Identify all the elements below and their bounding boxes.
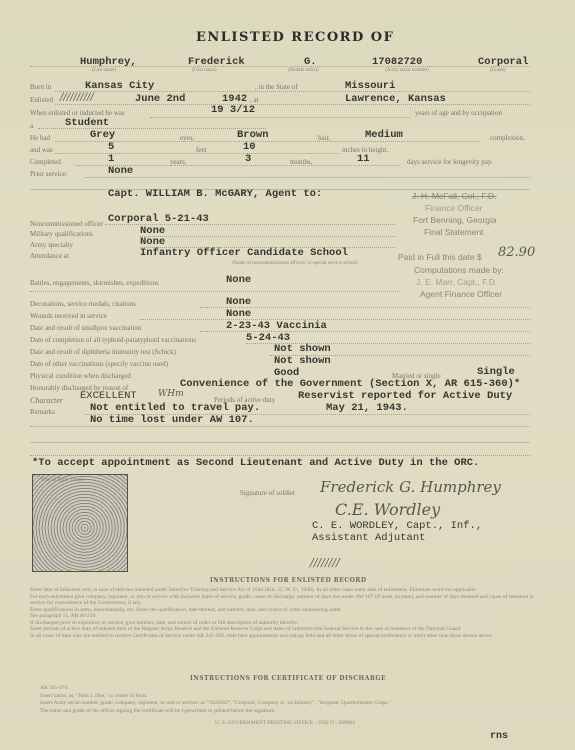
finance-stamp-paid-amount: 82.90 bbox=[498, 245, 535, 260]
finance-stamp-location: Fort Benning, Georgia bbox=[413, 215, 497, 225]
nco-label: Noncommissioned officer bbox=[30, 220, 103, 228]
age-label: When enlisted or inducted he was bbox=[30, 109, 125, 117]
attendance-caption: (Name of noncommissioned officers' or sp… bbox=[232, 261, 358, 266]
document-title: ENLISTED RECORD OF bbox=[196, 30, 394, 45]
diphtheria-label: Date and result of diphtheria immunity t… bbox=[30, 348, 176, 356]
character-initials: WHm bbox=[158, 389, 184, 399]
document-page: ENLISTED RECORD OF Humphrey, Frederick G… bbox=[0, 0, 575, 750]
initials-mark: rns bbox=[490, 731, 508, 742]
physical-condition-label: Physical condition when discharged bbox=[30, 372, 131, 380]
longevity-days: 11 bbox=[357, 153, 370, 165]
age-suffix: years of age and by occupation bbox=[415, 109, 502, 117]
officer-signature: C.E. Wordley bbox=[335, 500, 440, 519]
battles-value: None bbox=[226, 274, 251, 286]
certificate-instruction-item: Insert Army serial number, grade, compan… bbox=[40, 700, 540, 708]
certificate-instructions-heading: INSTRUCTIONS FOR CERTIFICATE OF DISCHARG… bbox=[190, 675, 386, 682]
certificate-instruction-item: Insert name; as, "John J. Doe," in cente… bbox=[40, 693, 540, 701]
finance-stamp-agent-title: Agent Finance Officer bbox=[420, 289, 502, 299]
finance-stamp-paid-label: Paid in Full this date $ bbox=[398, 252, 482, 262]
caption-serial: (Army serial number) bbox=[385, 68, 429, 73]
battles-label: Battles, engagements, skirmishes, expedi… bbox=[30, 279, 159, 287]
attendance-label: Attendance at bbox=[30, 252, 69, 260]
soldier-signature: Frederick G. Humphrey bbox=[320, 478, 501, 496]
instruction-item: Enter date of induction only in case of … bbox=[30, 587, 540, 594]
finance-stamp-final-statement: Final Statement bbox=[424, 227, 484, 237]
completed-label: Completed bbox=[30, 158, 61, 166]
officer-title: Assistant Adjutant bbox=[312, 532, 425, 544]
caption-last-name: (Last name) bbox=[92, 68, 116, 73]
discharge-reason-value: Convenience of the Government (Section X… bbox=[180, 378, 520, 390]
instruction-item: For each enlistment give company, regime… bbox=[30, 594, 540, 607]
enlisted-label: Enlisted bbox=[30, 96, 53, 104]
finance-stamp-computations: Computations made by: bbox=[414, 265, 504, 275]
active-duty-value: Reservist reported for Active Duty bbox=[298, 390, 512, 402]
born-label: Born in bbox=[30, 83, 51, 91]
thumbprint-caption: Print of Right Thumb bbox=[41, 478, 84, 483]
finance-stamp-title: Finance Officer bbox=[425, 203, 482, 213]
height-feet: 5 bbox=[108, 141, 114, 153]
other-vaccinations-label: Date of other vaccinations (specify vacc… bbox=[30, 360, 168, 368]
occupation-prefix: a bbox=[30, 122, 33, 130]
agent-line: Capt. WILLIAM B. McGARY, Agent to: bbox=[108, 188, 322, 200]
signature-struck-text: //////// bbox=[310, 556, 340, 569]
instructions-heading: INSTRUCTIONS FOR ENLISTED RECORD bbox=[210, 577, 367, 584]
married-value: Single bbox=[477, 366, 515, 378]
military-qualifications-label: Military qualifications bbox=[30, 230, 93, 238]
attendance-value: Infantry Officer Candidate School bbox=[140, 247, 348, 259]
remarks-line-1: Not entitled to travel pay. bbox=[90, 402, 260, 414]
remarks-label: Remarks bbox=[30, 408, 55, 416]
longevity-years: 1 bbox=[108, 153, 114, 165]
days-label: days service for longevity pay. bbox=[407, 158, 493, 166]
certificate-instruction-item: The name and grade of the officer signin… bbox=[40, 708, 540, 716]
finance-stamp-officer: J. H. McFall, Col., F.D. bbox=[412, 191, 497, 201]
enlisted-struck-text: ////////// bbox=[60, 92, 94, 103]
wounds-label: Wounds received in service bbox=[30, 312, 107, 320]
height-inches: 10 bbox=[243, 141, 256, 153]
he-had-label: He had bbox=[30, 134, 50, 142]
prior-service-label: Prior service: bbox=[30, 170, 68, 178]
complexion-label: complexion, bbox=[490, 134, 525, 142]
printer-imprint: U. S. GOVERNMENT PRINTING OFFICE : 1942 … bbox=[215, 720, 355, 726]
caption-grade: (Grade) bbox=[490, 68, 506, 73]
age-value: 19 3/12 bbox=[211, 104, 255, 116]
character-label: Character bbox=[30, 396, 63, 405]
caption-middle-initial: (Middle initial) bbox=[288, 68, 319, 73]
state-label: , in the State of bbox=[255, 83, 298, 91]
longevity-months: 3 bbox=[245, 153, 251, 165]
remarks-line-2: No time lost under AW 107. bbox=[90, 414, 254, 426]
complexion: Medium bbox=[365, 129, 403, 141]
character-value: EXCELLENT bbox=[80, 390, 137, 402]
eye-color: Grey bbox=[90, 129, 115, 141]
officer-name: C. E. WORDLEY, Capt., Inf., bbox=[312, 520, 482, 532]
hair-color: Brown bbox=[237, 129, 269, 141]
certificate-instructions-list: AR 345-470. Insert name; as, "John J. Do… bbox=[40, 685, 540, 715]
smallpox-label: Date and result of smallpox vaccination bbox=[30, 324, 141, 332]
typhoid-label: Date of completion of all typhoid-paraty… bbox=[30, 336, 196, 344]
instruction-item: In all cases of men who are entitled to … bbox=[30, 633, 540, 640]
remarks-date: May 21, 1943. bbox=[326, 402, 408, 414]
thumbprint-box: Print of Right Thumb bbox=[32, 474, 128, 572]
army-specialty-label: Army specialty bbox=[30, 241, 73, 249]
other-vaccinations-value: Not shown bbox=[274, 355, 331, 367]
caption-first-name: (First name) bbox=[192, 68, 217, 73]
soldier-signature-label: Signature of soldier bbox=[240, 489, 295, 497]
footnote: *To accept appointment as Second Lieuten… bbox=[32, 457, 479, 469]
diphtheria-value: Not shown bbox=[274, 343, 331, 355]
finance-stamp-computed-by: J. E. Marr, Capt., F.D. bbox=[416, 277, 497, 287]
and-was-label: and was bbox=[30, 146, 53, 154]
instructions-list: Enter date of induction only in case of … bbox=[30, 587, 540, 639]
prior-service-value: None bbox=[108, 165, 133, 177]
enlisted-at-label: , at bbox=[250, 96, 259, 104]
decorations-label: Decorations, service medals, citations bbox=[30, 300, 136, 308]
certificate-instruction-item: AR 345-470. bbox=[40, 685, 540, 693]
